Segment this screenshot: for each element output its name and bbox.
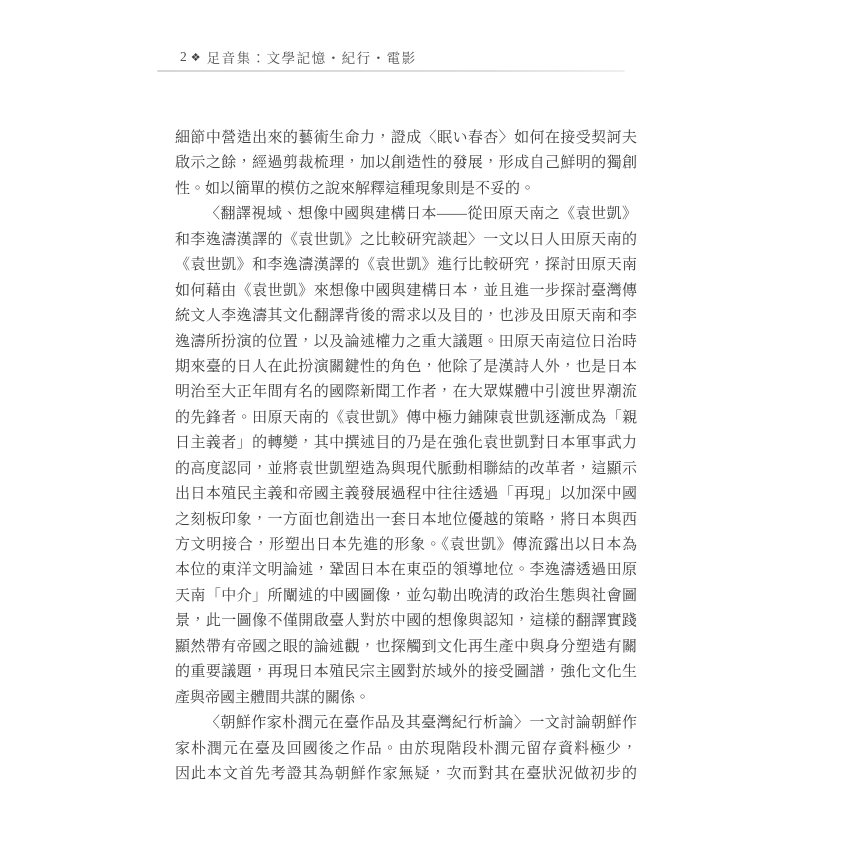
body-text: 細節中營造出來的藝術生命力，證成〈眠い春杏〉如何在接受契訶夫 啟示之餘，經過剪裁…: [175, 126, 637, 787]
text-line: 之刻板印象，一方面也創造出一套日本地位優越的策略，將日本與西: [175, 508, 637, 533]
page-number: 2: [180, 49, 187, 65]
text-line: 〈翻譯視域、想像中國與建構日本——從田原天南之《袁世凱》: [175, 202, 637, 227]
text-line: 統文人李逸濤其文化翻譯背後的需求以及目的，也涉及田原天南和李: [175, 304, 637, 329]
text-line: 顯然帶有帝國之眼的論述觀，也探觸到文化再生產中與身分塑造有關: [175, 635, 637, 660]
text-line: 景，此一圖像不僅開啟臺人對於中國的想像與認知，這樣的翻譯實踐: [175, 609, 637, 634]
book-page: 2 ❖ 足音集：文學記憶・紀行・電影 細節中營造出來的藝術生命力，證成〈眠い春杏…: [0, 0, 850, 850]
text-line: 和李逸濤漢譯的《袁世凱》之比較研究談起〉一文以日人田原天南的: [175, 228, 637, 253]
text-line: 產與帝國主體間共謀的關係。: [175, 686, 637, 711]
diamond-ornament-icon: ❖: [191, 51, 201, 64]
text-line: 《袁世凱》和李逸濤漢譯的《袁世凱》進行比較研究，探討田原天南: [175, 253, 637, 278]
text-line: 期來臺的日人在此扮演關鍵性的角色，他除了是漢詩人外，也是日本: [175, 355, 637, 380]
header-rule: [157, 70, 625, 72]
text-line: 家朴潤元在臺及回國後之作品。由於現階段朴潤元留存資料極少，: [175, 737, 637, 762]
text-line: 天南「中介」所闡述的中國圖像，並勾勒出晚清的政治生態與社會圖: [175, 584, 637, 609]
text-line: 細節中營造出來的藝術生命力，證成〈眠い春杏〉如何在接受契訶夫: [175, 126, 637, 151]
text-line: 的高度認同，並將袁世凱塑造為與現代脈動相聯結的改革者，這顯示: [175, 457, 637, 482]
text-line: 的先鋒者。田原天南的《袁世凱》傳中極力鋪陳袁世凱逐漸成為「親: [175, 406, 637, 431]
text-line: 日主義者」的轉變，其中撰述目的乃是在強化袁世凱對日本軍事武力: [175, 431, 637, 456]
text-line: 本位的東洋文明論述，鞏固日本在東亞的領導地位。李逸濤透過田原: [175, 558, 637, 583]
text-line: 啟示之餘，經過剪裁梳理，加以創造性的發展，形成自己鮮明的獨創: [175, 151, 637, 176]
text-line: 因此本文首先考證其為朝鮮作家無疑，次而對其在臺狀況做初步的: [175, 762, 637, 787]
text-line: 明治至大正年間有名的國際新聞工作者，在大眾媒體中引渡世界潮流: [175, 380, 637, 405]
text-line: 逸濤所扮演的位置，以及論述權力之重大議題。田原天南這位日治時: [175, 330, 637, 355]
running-header: 2 ❖ 足音集：文學記憶・紀行・電影: [180, 47, 417, 67]
text-line: 如何藉由《袁世凱》來想像中國與建構日本，並且進一步探討臺灣傳: [175, 279, 637, 304]
text-line: 方文明接合，形塑出日本先進的形象。《袁世凱》傳流露出以日本為: [175, 533, 637, 558]
text-line: 的重要議題，再現日本殖民宗主國對於域外的接受圖譜，強化文化生: [175, 660, 637, 685]
text-line: 出日本殖民主義和帝國主義發展過程中往往透過「再現」以加深中國: [175, 482, 637, 507]
text-line: 〈朝鮮作家朴潤元在臺作品及其臺灣紀行析論〉一文討論朝鮮作: [175, 711, 637, 736]
text-line: 性。如以簡單的模仿之說來解釋這種現象則是不妥的。: [175, 177, 637, 202]
running-title: 足音集：文學記憶・紀行・電影: [207, 47, 417, 67]
